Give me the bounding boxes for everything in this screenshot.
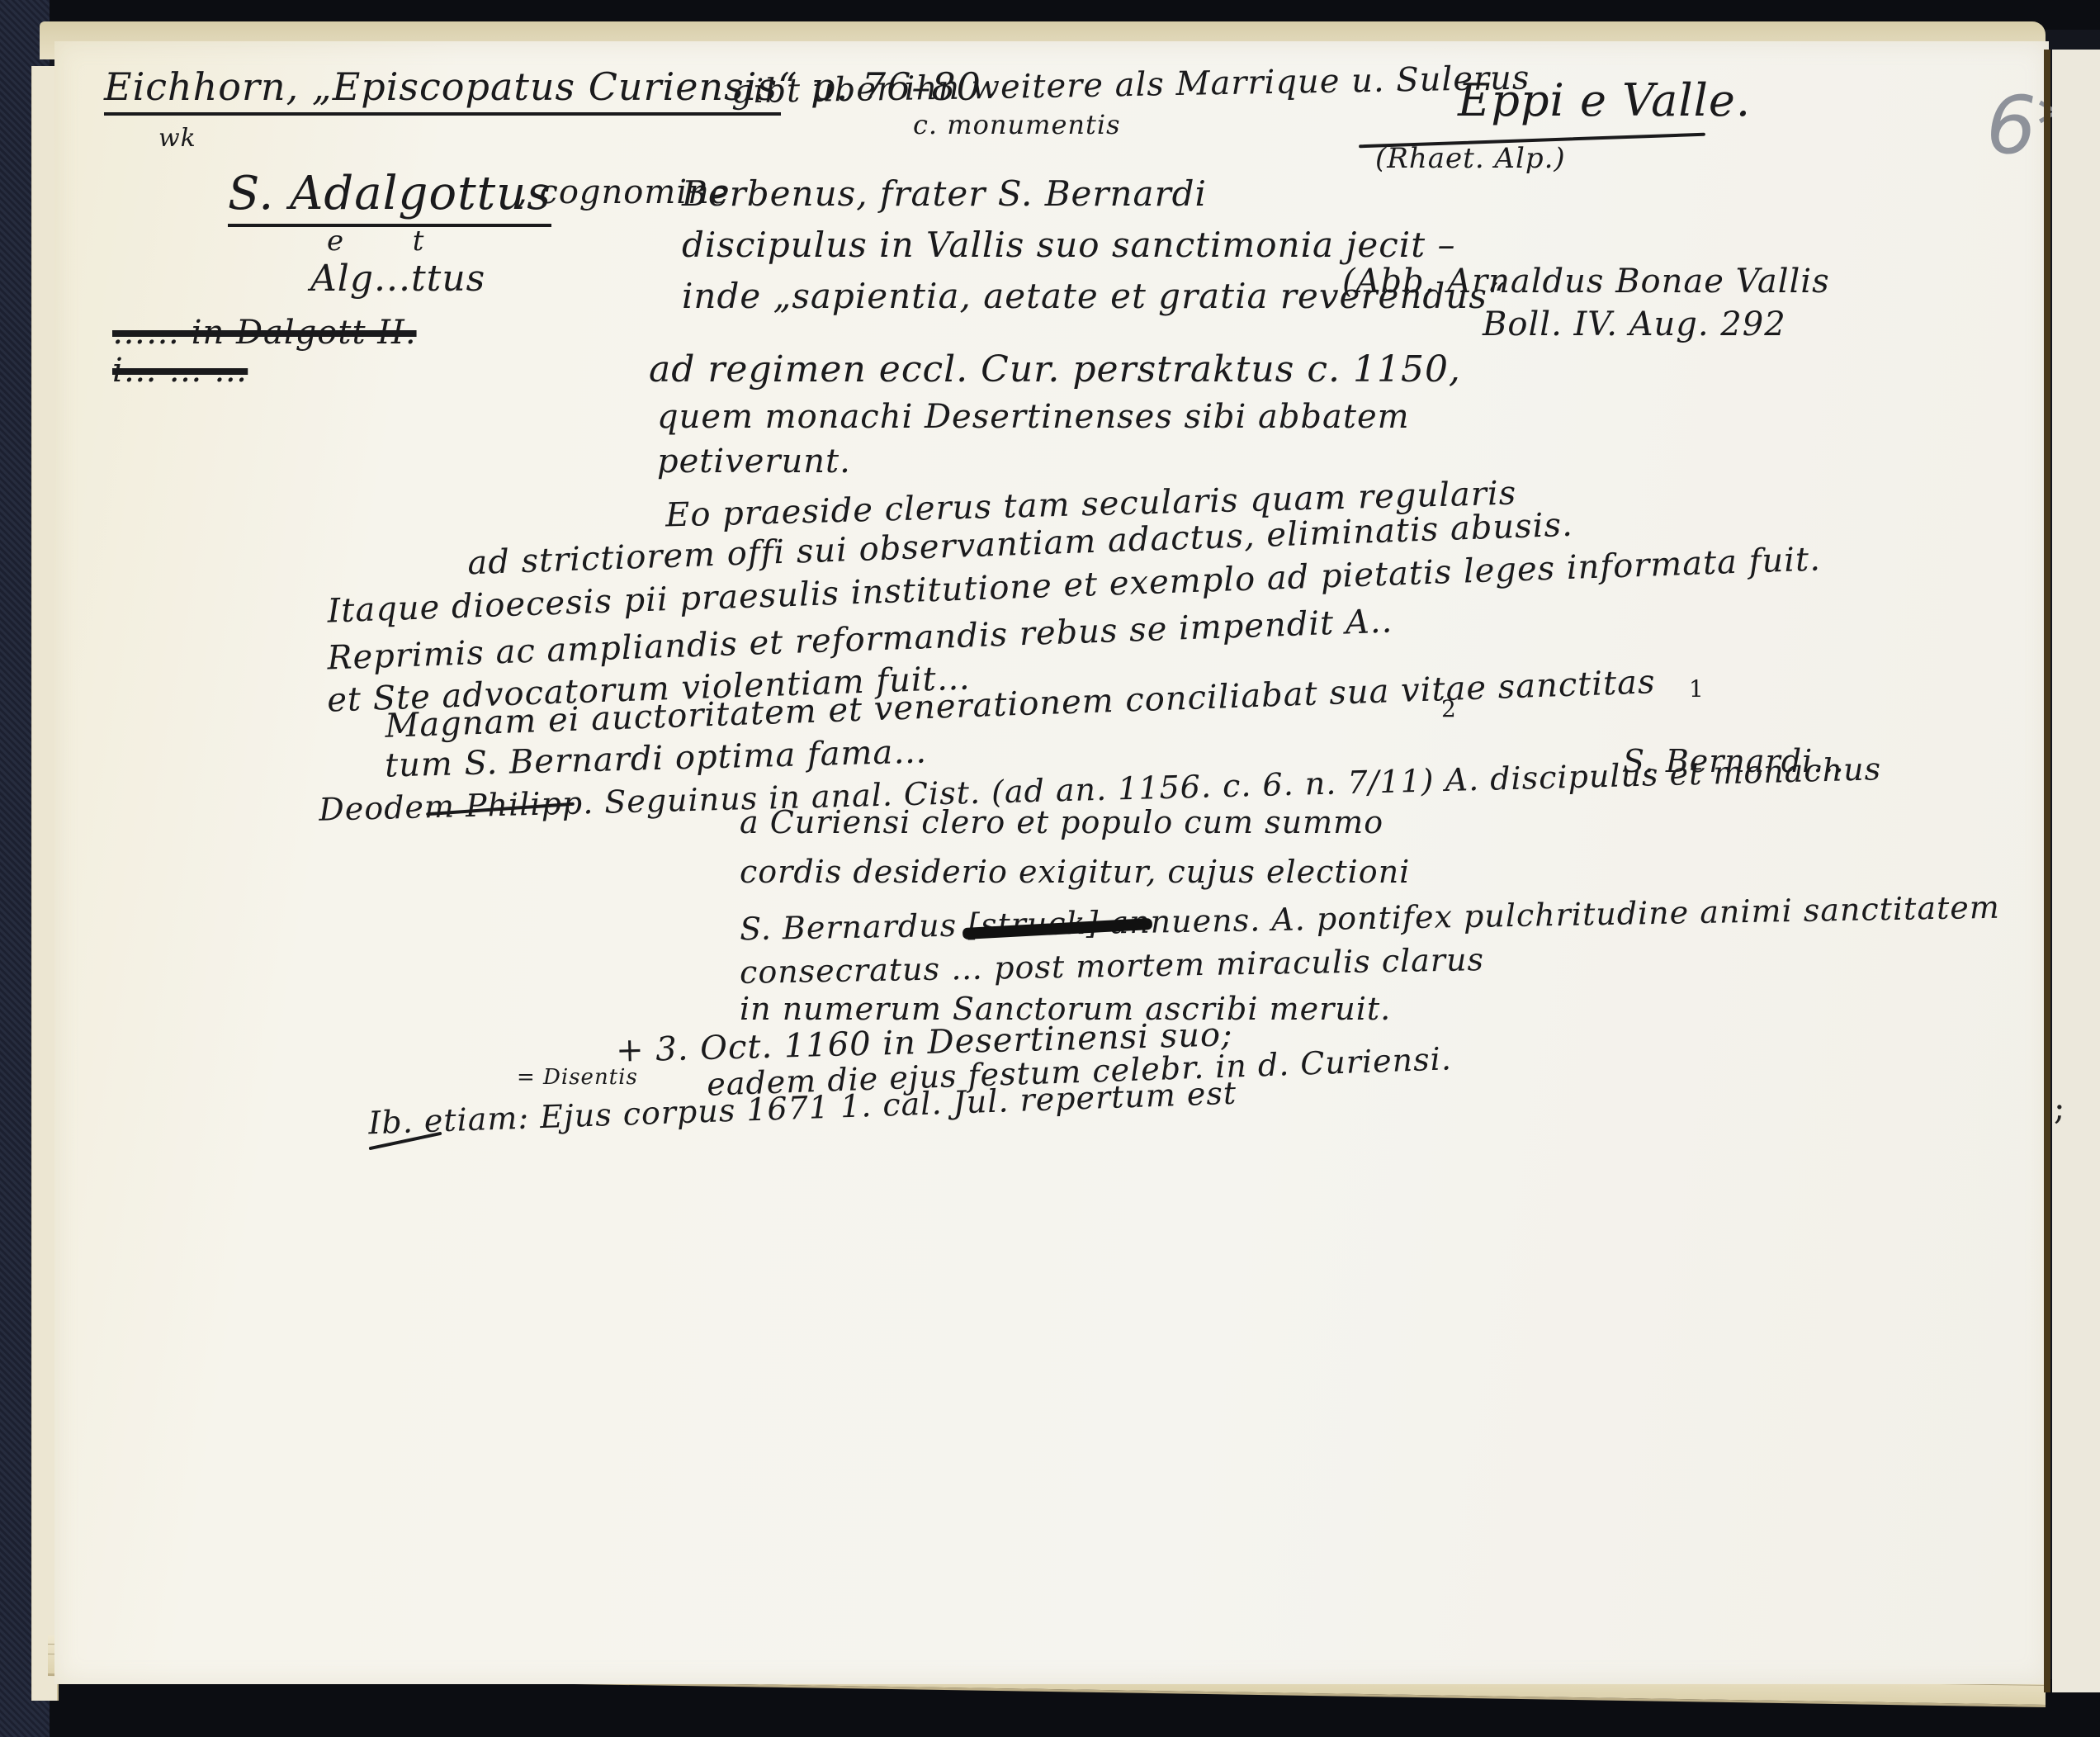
- struck-line-1: …… in Dalgott II.: [112, 314, 417, 352]
- variant-marks: e t: [327, 225, 424, 258]
- struck-line-2: i… … …: [112, 352, 248, 390]
- edge-mark: ;: [2054, 1090, 2065, 1128]
- superscript-2: 2: [1441, 695, 1457, 722]
- saint-name: S. Adalgottus: [228, 167, 551, 227]
- right-heading-title: Eppi e Valle.: [1458, 74, 1751, 126]
- body-line: consecratus … post mortem miraculis clar…: [740, 941, 1485, 991]
- variant-name: Alg...ttus: [310, 258, 485, 300]
- right-heading-note: (Rhaet. Alp.): [1375, 142, 1566, 175]
- disentis-note: = Disentis: [517, 1065, 638, 1090]
- body-line: a Curiensi clero et populo cum summo: [740, 804, 1383, 840]
- body-line: Berbenus, frater S. Bernardi: [682, 173, 1207, 214]
- citation-right-1: (Abb. Arnaldus Bonae Vallis: [1342, 263, 1830, 301]
- body-line: S. Bernardus [struck] annuens. A. pontif…: [740, 889, 2000, 948]
- body-line: ad regimen eccl. Cur. perstraktus c. 115…: [649, 348, 1461, 390]
- manuscript-page: Eichhorn, „Episcopatus Curiensis“ p. 76–…: [54, 41, 2049, 1684]
- top-subline: c. monumentis: [913, 109, 1121, 140]
- body-line: quem monachi Desertinenses sibi abbatem: [657, 398, 1410, 436]
- body-line: petiverunt.: [657, 443, 851, 480]
- body-line: discipulus in Vallis suo sanctimonia jec…: [682, 225, 1455, 265]
- binding-gutter: [2044, 50, 2050, 1692]
- superscript-1: 1: [1689, 675, 1705, 703]
- adjacent-page-edge: ;: [2052, 50, 2100, 1692]
- body-line: S. Bernardi…: [1623, 743, 1845, 779]
- header-citation: Eichhorn, „Episcopatus Curiensis“ p. 76–…: [104, 64, 781, 116]
- body-line: cordis desiderio exigitur, cujus electio…: [740, 854, 1410, 890]
- citation-right-2: Boll. IV. Aug. 292: [1483, 305, 1786, 343]
- header-annotation: wk: [158, 124, 196, 153]
